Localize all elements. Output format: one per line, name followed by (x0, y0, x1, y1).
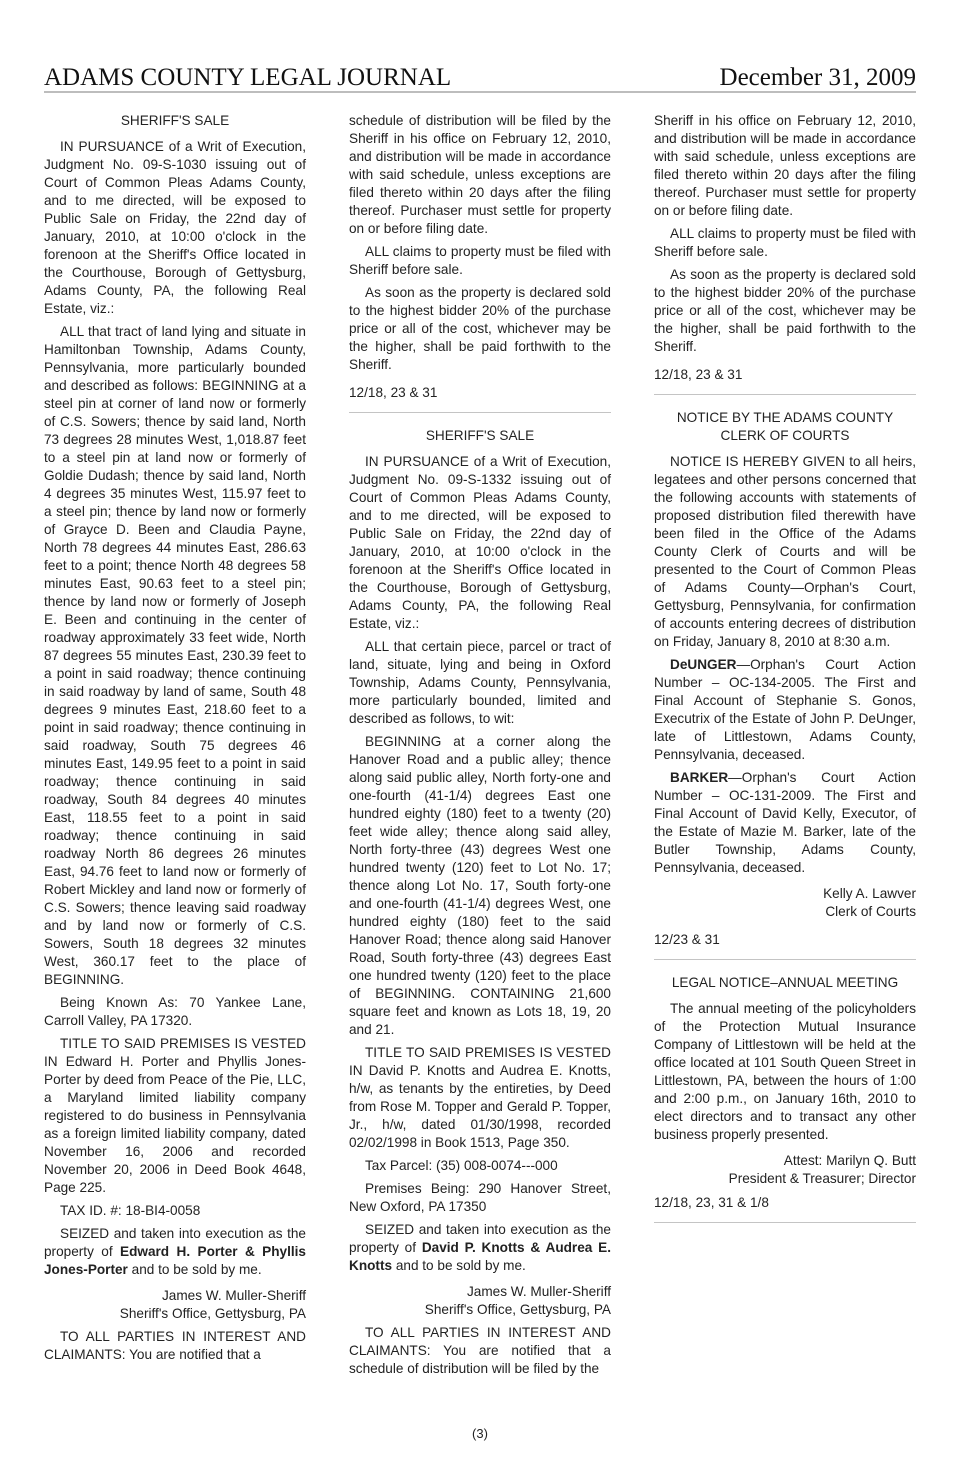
sheriffs-sale-notice-1: SHERIFF'S SALE IN PURSUANCE of a Writ of… (44, 112, 306, 1364)
seizure-statement: SEIZED and taken into execution as the p… (44, 1225, 306, 1279)
column-3: Sheriff in his office on February 12, 20… (654, 112, 916, 1237)
estate-entry-barker: BARKER—Orphan's Court Action Number – OC… (654, 769, 916, 877)
issue-date: December 31, 2009 (720, 64, 916, 92)
property-description: ALL that tract of land lying and situate… (44, 323, 306, 989)
claimants-notice: TO ALL PARTIES IN INTEREST AND CLAIMANTS… (349, 1324, 611, 1378)
tax-parcel: Tax Parcel: (35) 008-0074---000 (349, 1157, 611, 1175)
notice-paragraph: IN PURSUANCE of a Writ of Execution, Jud… (349, 453, 611, 633)
journal-header: ADAMS COUNTY LEGAL JOURNAL December 31, … (44, 52, 916, 92)
seizure-text-end: and to be sold by me. (128, 1262, 262, 1277)
notice-title: SHERIFF'S SALE (44, 112, 306, 130)
seizure-text-end: and to be sold by me. (392, 1258, 526, 1273)
publication-dates: 12/18, 23, 31 & 1/8 (654, 1194, 916, 1212)
payment-terms: As soon as the property is declared sold… (654, 266, 916, 356)
signature-name: Attest: Marilyn Q. Butt (654, 1152, 916, 1170)
column-2: schedule of distribution will be filed b… (349, 112, 611, 1383)
notice-title-line-2: CLERK OF COURTS (721, 428, 850, 443)
signature-title: President & Treasurer; Director (654, 1170, 916, 1188)
signature-block: James W. Muller-Sheriff Sheriff's Office… (349, 1283, 611, 1319)
estate-name: DeUNGER (670, 657, 736, 672)
notice-title: SHERIFF'S SALE (349, 427, 611, 445)
signature-name: Kelly A. Lawver (654, 885, 916, 903)
title-vesting: TITLE TO SAID PREMISES IS VESTED IN Davi… (349, 1044, 611, 1152)
title-vesting: TITLE TO SAID PREMISES IS VESTED IN Edwa… (44, 1035, 306, 1197)
signature-office: Sheriff's Office, Gettysburg, PA (44, 1305, 306, 1323)
journal-title: ADAMS COUNTY LEGAL JOURNAL (44, 64, 451, 92)
publication-dates: 12/23 & 31 (654, 931, 916, 949)
signature-office: Sheriff's Office, Gettysburg, PA (349, 1301, 611, 1319)
payment-terms: As soon as the property is declared sold… (349, 284, 611, 374)
annual-meeting-notice: LEGAL NOTICE–ANNUAL MEETING The annual m… (654, 974, 916, 1223)
property-description: ALL that certain piece, parcel or tract … (349, 638, 611, 728)
notice-title: NOTICE BY THE ADAMS COUNTYCLERK OF COURT… (654, 409, 916, 445)
tax-id: TAX ID. #: 18-BI4-0058 (44, 1202, 306, 1220)
premises-address: Premises Being: 290 Hanover Street, New … (349, 1180, 611, 1216)
signature-block: James W. Muller-Sheriff Sheriff's Office… (44, 1287, 306, 1323)
signature-name: James W. Muller-Sheriff (44, 1287, 306, 1305)
notice-divider (654, 394, 916, 395)
signature-block: Kelly A. Lawver Clerk of Courts (654, 885, 916, 921)
estate-details: —Orphan's Court Action Number – OC-131-2… (654, 770, 916, 875)
notice-paragraph: IN PURSUANCE of a Writ of Execution, Jud… (44, 138, 306, 318)
estate-name: BARKER (670, 770, 728, 785)
claimants-notice: TO ALL PARTIES IN INTEREST AND CLAIMANTS… (44, 1328, 306, 1364)
estate-details: —Orphan's Court Action Number – OC-134-2… (654, 657, 916, 762)
seizure-statement: SEIZED and taken into execution as the p… (349, 1221, 611, 1275)
notice-paragraph: NOTICE IS HEREBY GIVEN to all heirs, leg… (654, 453, 916, 651)
notice-paragraph: The annual meeting of the policyholders … (654, 1000, 916, 1144)
claims-statement: ALL claims to property must be filed wit… (349, 243, 611, 279)
property-address: Being Known As: 70 Yankee Lane, Carroll … (44, 994, 306, 1030)
publication-dates: 12/18, 23 & 31 (349, 384, 611, 402)
property-boundaries: BEGINNING at a corner along the Hanover … (349, 733, 611, 1039)
notice-title-line-1: NOTICE BY THE ADAMS COUNTY (677, 410, 893, 425)
publication-dates: 12/18, 23 & 31 (654, 366, 916, 384)
column-1: SHERIFF'S SALE IN PURSUANCE of a Writ of… (44, 112, 306, 1369)
signature-block: Attest: Marilyn Q. Butt President & Trea… (654, 1152, 916, 1188)
estate-entry-deunger: DeUNGER—Orphan's Court Action Number – O… (654, 656, 916, 764)
page-number: (3) (0, 1426, 960, 1441)
signature-name: James W. Muller-Sheriff (349, 1283, 611, 1301)
claimants-notice-continued: Sheriff in his office on February 12, 20… (654, 112, 916, 220)
signature-title: Clerk of Courts (654, 903, 916, 921)
notice-divider (654, 959, 916, 960)
claimants-notice-continued: schedule of distribution will be filed b… (349, 112, 611, 238)
claims-statement: ALL claims to property must be filed wit… (654, 225, 916, 261)
notice-title: LEGAL NOTICE–ANNUAL MEETING (654, 974, 916, 992)
header-divider (44, 91, 916, 93)
clerk-of-courts-notice: NOTICE BY THE ADAMS COUNTYCLERK OF COURT… (654, 409, 916, 960)
notice-divider (654, 1222, 916, 1223)
sheriffs-sale-notice-2: SHERIFF'S SALE IN PURSUANCE of a Writ of… (349, 427, 611, 1378)
notice-divider (349, 412, 611, 413)
